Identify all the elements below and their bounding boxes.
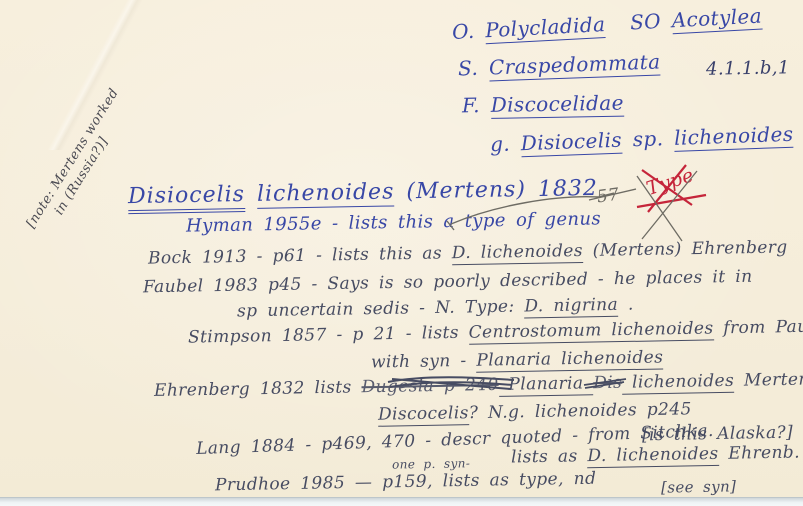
section-label: S. <box>458 56 479 81</box>
entry-prudhoe: Prudhoe 1985 — p159, lists as type, nd <box>215 469 597 496</box>
order-line: O. Polycladida <box>451 12 605 44</box>
lang2-post: Ehrenb. <box>718 442 800 463</box>
ehrenberg1-post: Mertens= <box>734 369 803 391</box>
order-name: Polycladida <box>485 12 606 44</box>
bock-pre: Bock 1913 - p61 - lists this as <box>148 243 452 268</box>
stimpson1-pre: Stimpson 1857 - p 21 - lists <box>188 323 469 348</box>
hyman-post: of genus <box>506 208 601 231</box>
entry-bock: Bock 1913 - p61 - lists this as D. liche… <box>148 237 788 268</box>
family-name: Discocelidae <box>490 91 624 119</box>
order-label: O. <box>451 19 475 44</box>
entry-faubel-1: Faubel 1983 p45 - Says is so poorly desc… <box>143 267 753 298</box>
lang-bracket-note: [is this Alaska?] <box>642 423 793 446</box>
entry-stimpson-2: with syn - Planaria lichenoides <box>371 347 664 372</box>
stimpson1-underlined: Centrostomum lichenoides <box>469 318 714 344</box>
faubel2-pre: sp uncertain sedis - N. Type: <box>237 296 525 321</box>
suborder-label: SO <box>629 9 661 35</box>
genus-label: g. <box>490 132 511 157</box>
ehrenberg1-pre: Ehrenberg 1832 lists <box>154 377 362 401</box>
species-name: lichenoides <box>674 122 794 152</box>
title-species: lichenoides <box>257 179 395 208</box>
crossed-out-pencil-number: 57 <box>596 185 621 208</box>
section-line: S. Craspedommata <box>458 49 661 80</box>
entry-ehrenberg-2: Discocelis? N.g. lichenoides p245 <box>378 399 692 424</box>
ehrenberg2-underlined: Discocelis <box>378 403 469 427</box>
entry-hyman: Hyman 1955e - lists this a type of genus <box>186 208 601 236</box>
species-title: Disiocelis lichenoides (Mertens) 1832 <box>128 176 598 209</box>
entry-lang-2: lists as D. lichenoides Ehrenb. <box>511 442 800 467</box>
catalog-number: 4.1.1.b,1 <box>706 57 790 79</box>
faubel2-underlined: D. nigrina <box>524 295 618 319</box>
hyman-pre: Hyman 1955e - lists this a <box>186 211 465 237</box>
stimpson1-post: from Paufei <box>713 316 803 338</box>
family-label: F. <box>462 93 480 117</box>
lang2-pre: lists as <box>511 446 588 467</box>
entry-ehrenberg-1: Ehrenberg 1832 lists Dugesia p 240 Plana… <box>154 369 803 401</box>
taxonomy-index-card: [note: Mertens worked in (Russia?)] O. P… <box>0 0 803 506</box>
entry-stimpson-1: Stimpson 1857 - p 21 - lists Centrostomu… <box>188 316 803 347</box>
suborder-name: Acotylea <box>671 4 763 35</box>
species-connector: sp. <box>632 126 663 151</box>
ehrenberg1-underlined-1: Planaria <box>498 373 593 397</box>
lang-insert-note: one p. syn- <box>392 456 471 471</box>
title-genus: Disiocelis <box>128 182 245 214</box>
title-authority: (Mertens) 1832 <box>406 176 598 204</box>
genus-line: g. Disiocelis sp. lichenoides <box>490 122 794 157</box>
suborder-line: SO Acotylea <box>629 4 762 35</box>
faubel2-post: . <box>618 295 634 315</box>
lang2-underlined: D. lichenoides <box>587 444 718 468</box>
ehrenberg1-underlined-2: lichenoides <box>622 371 734 395</box>
bock-post: (Mertens) Ehrenberg <box>583 237 788 261</box>
stimpson2-underlined: Planaria lichenoides <box>476 347 663 372</box>
stimpson2-pre: with syn - <box>371 351 477 373</box>
ehrenberg1-crossed-2: Dis <box>593 373 622 394</box>
entry-faubel-2: sp uncertain sedis - N. Type: D. nigrina… <box>237 295 634 322</box>
genus-name: Disiocelis <box>520 128 622 158</box>
crossed-out-red-word: Type <box>644 164 697 200</box>
ehrenberg2-post: ? N.g. lichenoides p245 <box>469 399 692 423</box>
see-syn-note: [see syn] <box>661 477 737 496</box>
section-name: Craspedommata <box>489 49 661 81</box>
ehrenberg1-crossed-1: Dugesia p 240 <box>361 375 498 397</box>
scan-edge <box>0 497 803 506</box>
hyman-type-word: type <box>465 210 507 232</box>
bock-underlined: D. lichenoides <box>452 241 583 265</box>
family-line: F. Discocelidae <box>462 91 624 118</box>
